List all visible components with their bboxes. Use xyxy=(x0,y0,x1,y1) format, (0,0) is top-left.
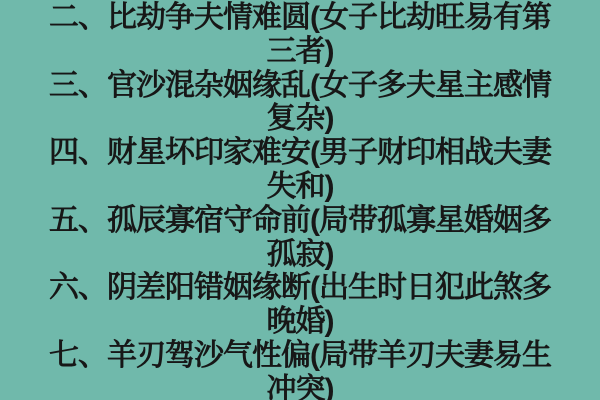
item-line-2: 晚婚) xyxy=(0,305,600,339)
list-item: 五、孤辰寡宿守命前(局带孤寡星婚姻多 孤寂) xyxy=(0,204,600,272)
item-line-2: 冲突) xyxy=(0,373,600,400)
item-line-1: 二、比劫争夫情难圆(女子比劫旺易有第 xyxy=(0,1,600,35)
list-item: 四、财星坏印家难安(男子财印相战夫妻 失和) xyxy=(0,136,600,204)
list-item: 七、羊刃驾沙气性偏(局带羊刃夫妻易生 冲突) xyxy=(0,339,600,400)
item-line-1: 五、孤辰寡宿守命前(局带孤寡星婚姻多 xyxy=(0,204,600,238)
item-line-2: 三者) xyxy=(0,35,600,69)
item-line-2: 失和) xyxy=(0,170,600,204)
list-item: 三、官沙混杂姻缘乱(女子多夫星主感情 复杂) xyxy=(0,69,600,137)
list-item: 二、比劫争夫情难圆(女子比劫旺易有第 三者) xyxy=(0,1,600,69)
page-background: 二、比劫争夫情难圆(女子比劫旺易有第 三者) 三、官沙混杂姻缘乱(女子多夫星主感… xyxy=(0,0,600,400)
item-line-1: 四、财星坏印家难安(男子财印相战夫妻 xyxy=(0,136,600,170)
marriage-omens-list: 二、比劫争夫情难圆(女子比劫旺易有第 三者) 三、官沙混杂姻缘乱(女子多夫星主感… xyxy=(0,0,600,400)
item-line-1: 七、羊刃驾沙气性偏(局带羊刃夫妻易生 xyxy=(0,339,600,373)
list-item: 六、阴差阳错姻缘断(出生时日犯此煞多 晚婚) xyxy=(0,271,600,339)
item-line-1: 六、阴差阳错姻缘断(出生时日犯此煞多 xyxy=(0,271,600,305)
item-line-1: 三、官沙混杂姻缘乱(女子多夫星主感情 xyxy=(0,69,600,103)
item-line-2: 孤寂) xyxy=(0,238,600,272)
item-line-2: 复杂) xyxy=(0,102,600,136)
